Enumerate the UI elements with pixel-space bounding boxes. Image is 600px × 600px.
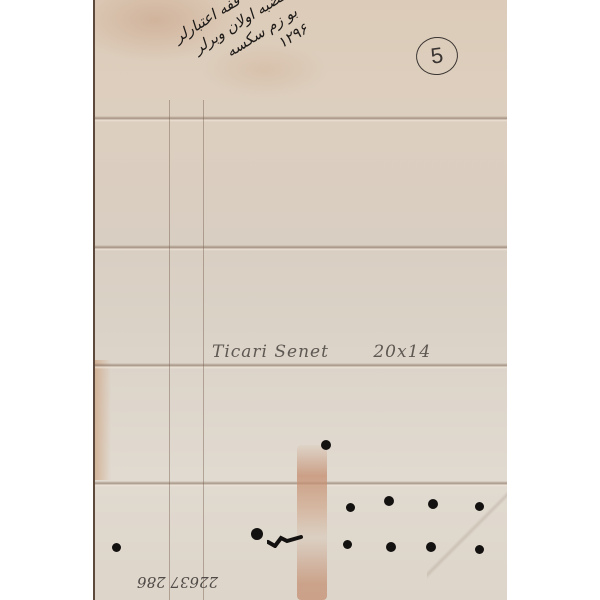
ink-dot bbox=[346, 503, 355, 512]
ink-dot bbox=[321, 440, 331, 450]
ink-dot bbox=[428, 499, 438, 509]
ink-dot bbox=[426, 542, 436, 552]
ink-dot bbox=[251, 528, 263, 540]
ink-dot bbox=[386, 542, 396, 552]
fold-line bbox=[95, 245, 507, 251]
ink-dot bbox=[475, 502, 484, 511]
water-stain bbox=[95, 360, 111, 480]
annotation-size: 20x14 bbox=[373, 342, 431, 362]
ruled-margin-line bbox=[203, 100, 204, 600]
ink-squiggle bbox=[267, 532, 303, 548]
catalog-number: 22637 286 bbox=[137, 573, 218, 591]
ink-dot bbox=[112, 543, 121, 552]
paper-repair-tape bbox=[297, 445, 327, 600]
diagonal-crease bbox=[427, 470, 507, 600]
pencil-annotation: Ticari Senet 20x14 bbox=[212, 342, 431, 362]
document-paper bbox=[93, 0, 507, 600]
fold-line bbox=[95, 363, 507, 369]
annotation-title: Ticari Senet bbox=[212, 342, 329, 362]
ink-dot bbox=[384, 496, 394, 506]
ruled-margin-line bbox=[169, 100, 170, 600]
fold-line bbox=[95, 116, 507, 122]
ink-dot bbox=[343, 540, 352, 549]
ink-dot bbox=[475, 545, 484, 554]
